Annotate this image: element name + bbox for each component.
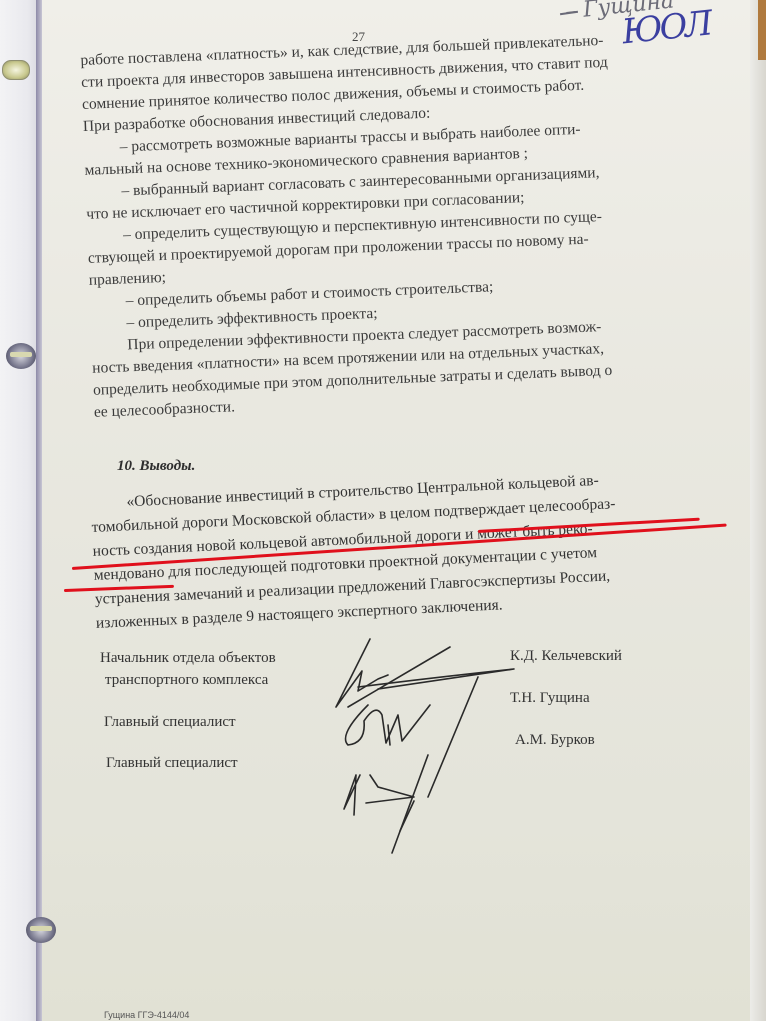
signatory-position: Главный специалист [104, 714, 236, 731]
signatory-position: Начальник отдела объектов [100, 650, 276, 667]
binder-background [0, 0, 40, 1021]
signatures [318, 625, 518, 855]
punch-hole-icon [6, 343, 36, 369]
signatory-position: транспортного комплекса [105, 672, 268, 689]
signatory-name: К.Д. Кельчевский [510, 648, 622, 665]
body-text: работе поставлена «платность» и, как сле… [80, 27, 694, 424]
punch-hole-icon [26, 917, 56, 943]
signatory-name: А.М. Бурков [515, 732, 595, 749]
signatory-name: Т.Н. Гущина [510, 690, 590, 707]
signatory-position: Главный специалист [106, 755, 238, 772]
section-heading: 10. Выводы. [117, 458, 195, 475]
footer-text: Гущина ГГЭ-4144/04 [104, 1010, 189, 1020]
binder-ring-icon [2, 60, 30, 80]
right-edge [750, 0, 766, 1021]
conclusion-text: «Обоснование инвестиций в строительство … [90, 464, 716, 636]
table-edge [758, 0, 766, 60]
